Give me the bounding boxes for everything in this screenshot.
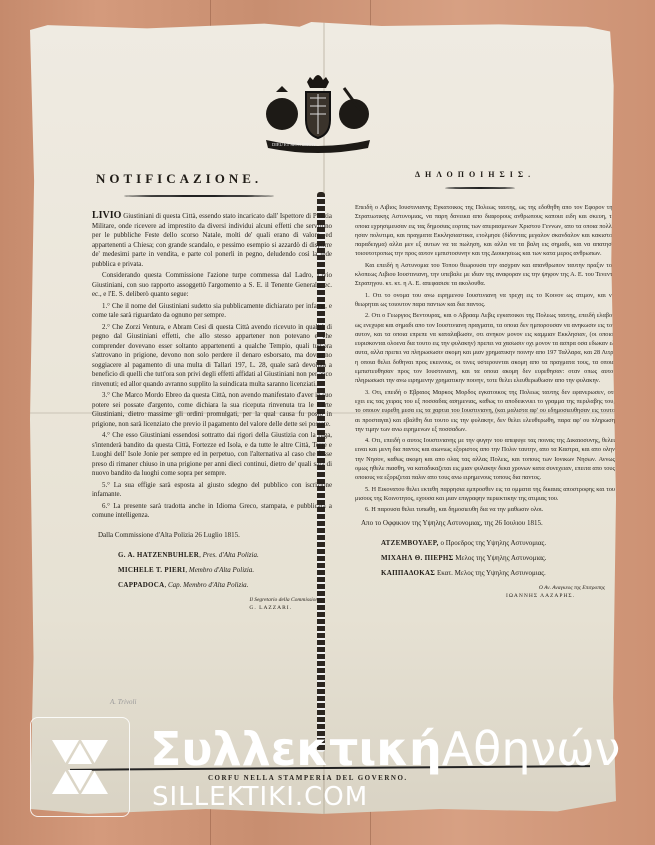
greek-article: 6. Η παρουσα θελει τυπωθη, και δημοσιευθ…: [355, 505, 615, 514]
italian-article: 3.° Che Marco Mordo Ebreo da questa Citt…: [92, 391, 332, 429]
signatory: CAPPADOCA, Cap. Membro d'Alta Polizia.: [118, 581, 332, 589]
hexagram-triangles-icon: [52, 740, 108, 794]
greek-article: 4. Οτι, επειδὴ ο αυτος Ιουστινιανης με τ…: [355, 436, 615, 482]
italian-article: 6.° La presente sarà tradotta anche in I…: [92, 502, 332, 521]
signatory: ΜΙΧΑΗΛ Θ. ΠΙΕΡΗΣ Μελος της Υψηλης Αστυνο…: [381, 554, 615, 562]
italian-article: 5.° La sua effigie sarà esposta al giust…: [92, 481, 332, 500]
greek-considering: Και επειδὴ η Αστυνομια του Τοπου θεωρουσ…: [355, 261, 615, 289]
greek-title: ΔΗΛΟΠΟΙΗΣΙΣ.: [415, 170, 615, 179]
royal-coat-of-arms-icon: DIEU ET MON DROIT: [258, 70, 378, 160]
italian-article: 2.° Che Zorzi Ventura, e Abram Cesi di q…: [92, 323, 332, 390]
signatory: ΚΑΠΠΑΔΟΚΑΣ Εκατ. Μελος της Υψηλης Αστυνο…: [381, 569, 615, 577]
signatory: MICHELE T. PIERI, Membro d'Alta Polizia.: [118, 566, 332, 574]
italian-intro: LIVIO Giustiniani di questa Città, essen…: [92, 211, 332, 269]
watermark-url: SILLEKTIKI.COM: [152, 782, 368, 812]
italian-title: NOTIFICAZIONE.: [96, 171, 332, 187]
document-sheet: DIEU ET MON DROIT NOTIFICAZIONE. LIVIO G…: [30, 22, 616, 817]
title-rule: [445, 187, 515, 189]
greek-article: 5. Η Εικονατου θελει εκτεθη παρρησια εμπ…: [355, 485, 615, 504]
greek-article: 1. Οτι το ονομα του ανω ειρημενου Ιουστι…: [355, 291, 615, 310]
italian-considering: Considerando questa Commissione l'azione…: [92, 271, 332, 300]
title-rule: [124, 195, 274, 197]
italian-article: 1.° Che il nome del Giustiniani sudetto …: [92, 302, 332, 321]
greek-column: ΔΗΛΟΠΟΙΗΣΙΣ. Επειδὴ ο Λιβιος Ιουστινιανη…: [355, 162, 615, 599]
signatory: G. A. HATZENBUHLER, Pres. d'Alta Polizia…: [118, 551, 332, 559]
italian-date-line: Dalla Commissione d'Alta Polizia 26 Lugl…: [98, 531, 332, 539]
secretary-name: G. LAZZARI.: [92, 605, 292, 611]
watermark-brand: ΣυλλεκτικήΑθηνών: [150, 724, 620, 774]
italian-article: 4.° Che esso Giustiniani essendosi sottr…: [92, 431, 332, 479]
greek-article: 3. Οτι, επειδὴ ο Εβραιος Μαρκος Μορδος ε…: [355, 388, 615, 434]
greek-article: 2. Οτι ο Γεωργιος Βεντουρας, και ο Αβραα…: [355, 311, 615, 385]
secretary-name: ΙΩΑΝΝΗΣ ΛΑΖΑΡΗΣ.: [355, 593, 575, 599]
greek-date-line: Απο το Οφφικιον της Υψηλης Αστυνομιας, τ…: [361, 519, 615, 527]
greek-intro: Επειδὴ ο Λιβιος Ιουστινιανης Εγκατοικος …: [355, 203, 615, 259]
secretary-label: Il Segretario della Commissione,: [92, 597, 322, 603]
secretary-label: Ο Αν. Αναγκεος της Επιτροπης: [355, 585, 605, 591]
handwritten-note: A. Trivoli: [110, 698, 136, 706]
svg-text:DIEU ET MON DROIT: DIEU ET MON DROIT: [272, 142, 316, 147]
signatory: ΑΤΖΕΜΒΟΥΛΕΡ, ο Προεδρος της Υψηλης Αστυν…: [381, 539, 615, 547]
italian-column: NOTIFICAZIONE. LIVIO Giustiniani di ques…: [92, 165, 332, 611]
